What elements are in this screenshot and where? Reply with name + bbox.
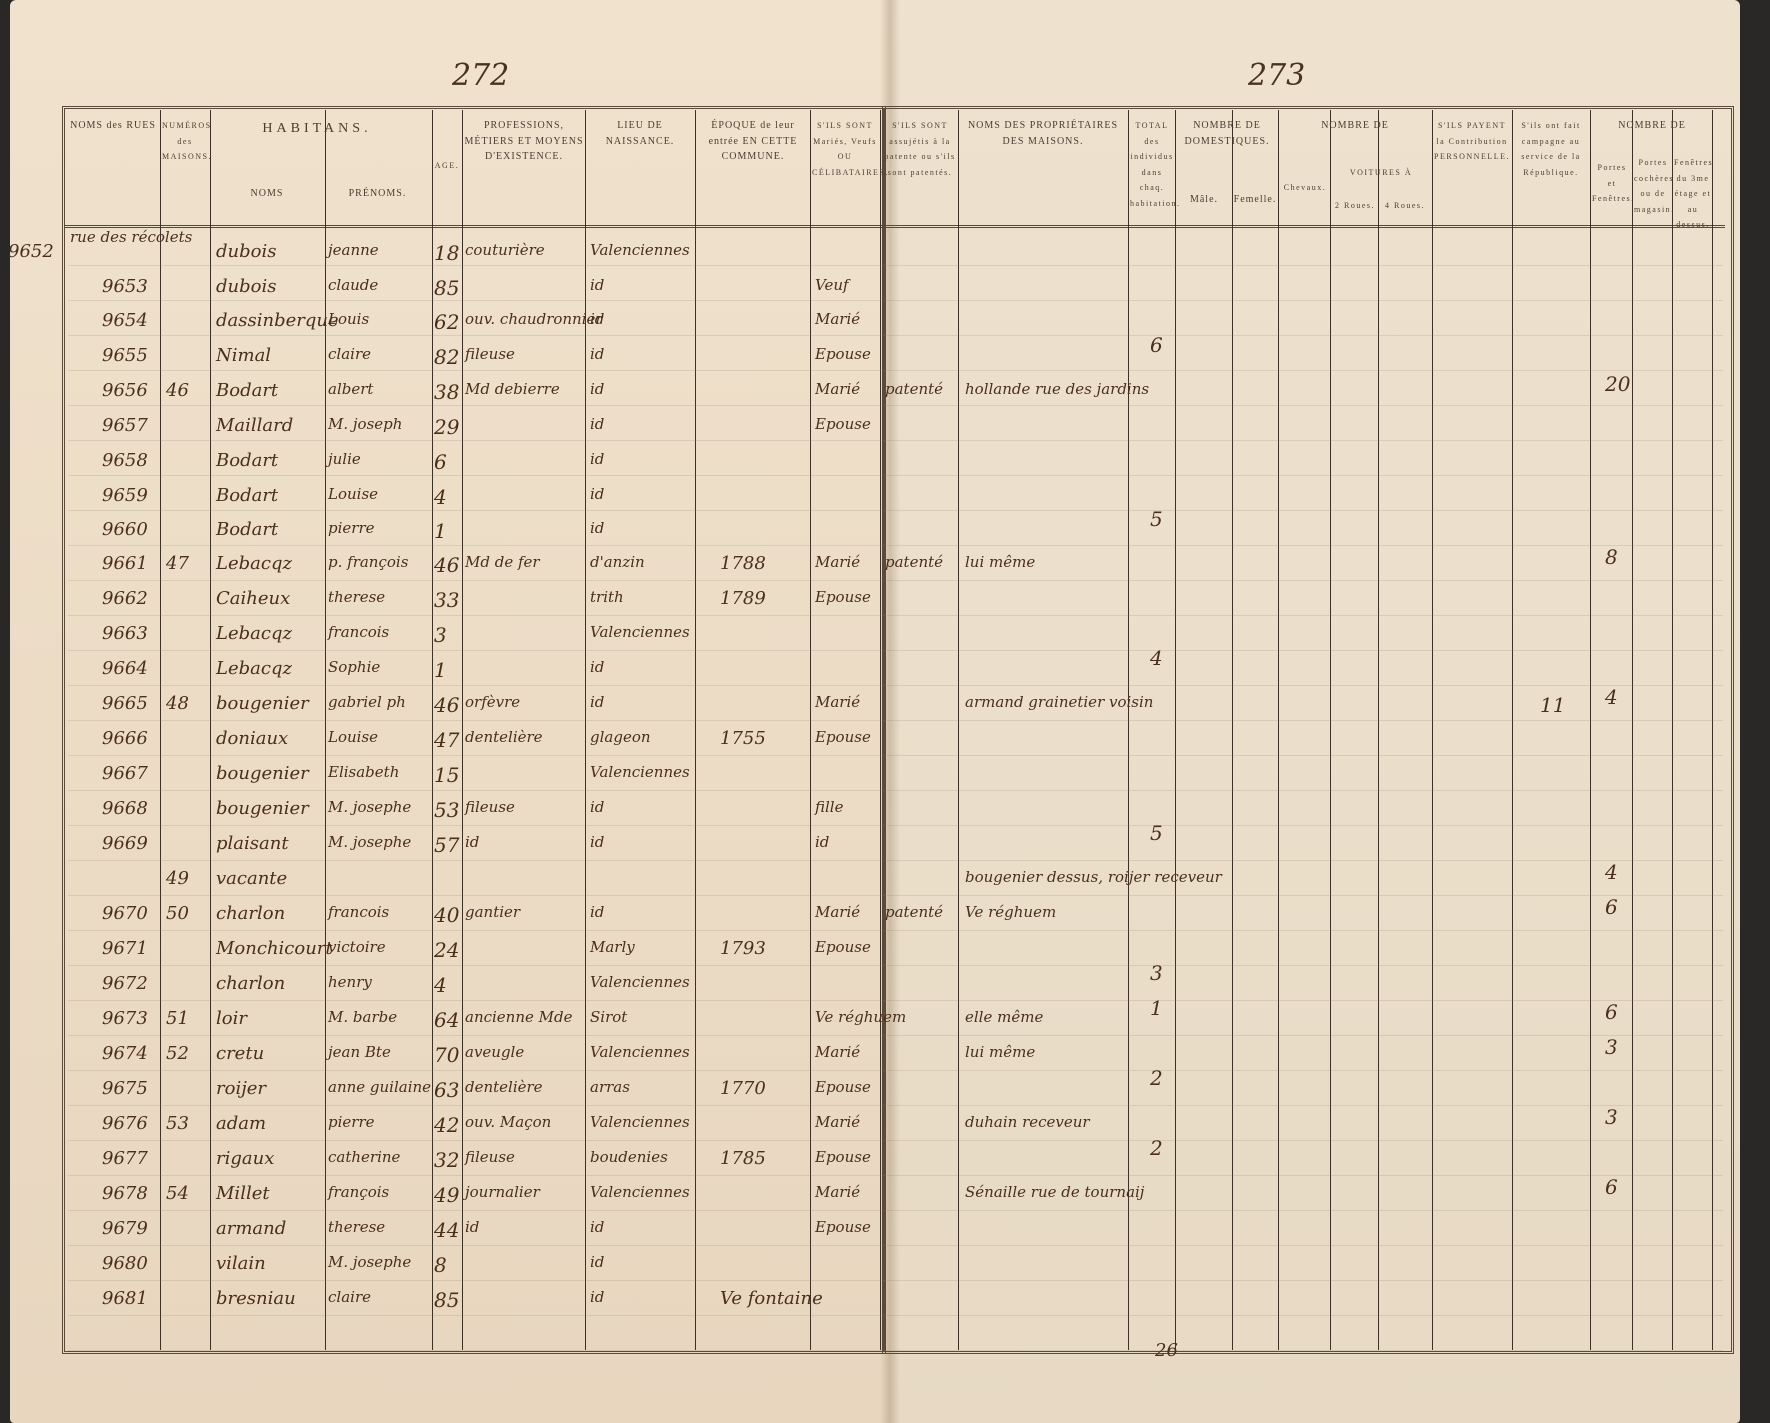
house-number: 53 (166, 1115, 189, 1133)
header-professions: PROFESSIONS, MÉTIERS ET MOYENS D'EXISTEN… (464, 118, 584, 165)
row-number: 9671 (102, 940, 148, 958)
profession: ouv. Maçon (465, 1115, 551, 1130)
ruled-line (68, 1350, 1723, 1351)
surname: dubois (216, 278, 276, 296)
doors-windows: 6 (1605, 1177, 1618, 1197)
column-divider (1432, 110, 1433, 1350)
row-number: 9654 (102, 312, 148, 330)
age: 53 (434, 800, 459, 820)
column-divider (325, 110, 326, 1350)
house-owner: armand grainetier voisin (965, 695, 1153, 710)
profession: Md de fer (465, 555, 540, 570)
row-number: 9656 (102, 382, 148, 400)
patente-status: patenté (885, 382, 943, 397)
profession: aveugle (465, 1045, 524, 1060)
household-total: 4 (1150, 648, 1163, 668)
first-name: françois (328, 1185, 389, 1200)
surname: Maillard (216, 417, 293, 435)
doors-windows: 4 (1605, 862, 1618, 882)
profession: Md debierre (465, 382, 560, 397)
household-total: 6 (1150, 335, 1163, 355)
age: 18 (434, 243, 459, 263)
birthplace: Valenciennes (590, 1185, 690, 1200)
column-divider (1590, 110, 1591, 1350)
birthplace: Marly (590, 940, 635, 955)
header-campagne-text: S'ils ont fait campagne au service de la… (1521, 121, 1580, 177)
house-number: 52 (166, 1045, 189, 1063)
surname: Monchicourt (216, 940, 333, 958)
first-name: claire (328, 347, 371, 362)
campaign-mark: 11 (1540, 695, 1565, 715)
row-number: 9677 (102, 1150, 148, 1168)
first-name: jean Bte (328, 1045, 391, 1060)
header-deux-roues-text: 2 Roues. (1335, 201, 1375, 210)
ruled-line (68, 615, 1723, 616)
column-divider (585, 110, 586, 1350)
age: 63 (434, 1080, 459, 1100)
header-lieu: LIEU DE NAISSANCE. (587, 118, 693, 149)
first-name: Elisabeth (328, 765, 399, 780)
header-habitans: HABITANS. (212, 118, 422, 140)
ruled-line (68, 930, 1723, 931)
birthplace: id (590, 1255, 604, 1270)
marital-status: id (815, 835, 829, 850)
age: 29 (434, 417, 459, 437)
marital-status: Marié (815, 695, 860, 710)
birthplace: id (590, 521, 604, 536)
house-owner: bougenier dessus, roijer receveur (965, 870, 1222, 885)
header-noms: NOMS (212, 186, 322, 202)
first-name: Louis (328, 312, 369, 327)
surname: bougenier (216, 800, 309, 818)
age: 64 (434, 1010, 459, 1030)
header-prenoms: PRÉNOMS. (325, 186, 430, 202)
surname: Caiheux (216, 590, 290, 608)
age: 8 (434, 1255, 447, 1275)
row-number: 9681 (102, 1290, 148, 1308)
ruled-line (68, 1035, 1723, 1036)
first-name: henry (328, 975, 372, 990)
doors-windows: 8 (1605, 547, 1618, 567)
birthplace: id (590, 1290, 604, 1305)
surname: doniaux (216, 730, 288, 748)
age: 3 (434, 625, 447, 645)
first-name: catherine (328, 1150, 400, 1165)
birthplace: boudenies (590, 1150, 668, 1165)
profession: gantier (465, 905, 520, 920)
header-lieu-text: LIEU DE NAISSANCE. (606, 120, 675, 147)
profession: ouv. chaudronnier (465, 312, 603, 327)
row-number: 9668 (102, 800, 148, 818)
profession: dentelière (465, 1080, 543, 1095)
household-total: 3 (1150, 963, 1163, 983)
age: 82 (434, 347, 459, 367)
birthplace: Sirot (590, 1010, 627, 1025)
birthplace: glageon (590, 730, 651, 745)
surname: Bodart (216, 487, 278, 505)
ruled-line (68, 860, 1723, 861)
age: 32 (434, 1150, 459, 1170)
house-owner: lui même (965, 1045, 1035, 1060)
patente-status: patenté (885, 905, 943, 920)
column-divider (1128, 110, 1129, 1350)
header-age-text: AGE. (435, 161, 459, 170)
age: 6 (434, 452, 447, 472)
age: 38 (434, 382, 459, 402)
page-total: 26 (1155, 1342, 1178, 1360)
row-number: 9665 (102, 695, 148, 713)
ruled-line (68, 405, 1723, 406)
house-number: 51 (166, 1010, 189, 1028)
birthplace: id (590, 660, 604, 675)
age: 44 (434, 1220, 459, 1240)
ruled-line (68, 755, 1723, 756)
first-name: M. barbe (328, 1010, 397, 1025)
marital-status: Marié (815, 905, 860, 920)
ruled-line (68, 580, 1723, 581)
column-divider (810, 110, 811, 1350)
header-deux-roues: 2 Roues. (1332, 198, 1378, 214)
row-number: 9664 (102, 660, 148, 678)
header-contribution: S'ILS PAYENT la Contribution PERSONNELLE… (1434, 118, 1510, 165)
first-name: pierre (328, 521, 375, 536)
header-chevaux-text: Chevaux. (1284, 183, 1326, 192)
household-total: 1 (1150, 998, 1163, 1018)
age: 42 (434, 1115, 459, 1135)
first-name: julie (328, 452, 361, 467)
ruled-line (68, 300, 1723, 301)
birthplace: Valenciennes (590, 975, 690, 990)
marital-status: Ve réghuem (815, 1010, 906, 1025)
arrival-year: Ve fontaine (720, 1290, 823, 1308)
house-owner: Sénaille rue de tournaij (965, 1185, 1144, 1200)
ruled-line (68, 650, 1723, 651)
left-folio: 272 (452, 58, 509, 93)
ruled-line (68, 510, 1723, 511)
column-divider (1632, 110, 1633, 1350)
header-patente: S'ILS SONT assujétis à la patente ou s'i… (884, 118, 956, 180)
column-divider (958, 110, 959, 1350)
household-total: 2 (1150, 1138, 1163, 1158)
header-noms-text: NOMS (251, 188, 284, 199)
first-name: jeanne (328, 243, 379, 258)
arrival-year: 1755 (720, 730, 766, 748)
first-name: p. françois (328, 555, 408, 570)
row-number: 9658 (102, 452, 148, 470)
first-name: victoire (328, 940, 386, 955)
marital-status: Epouse (815, 347, 871, 362)
household-total: 5 (1150, 823, 1163, 843)
column-divider (1278, 110, 1279, 1350)
surname: loir (216, 1010, 247, 1028)
birthplace: id (590, 312, 604, 327)
column-divider (880, 110, 881, 1350)
ruled-line (68, 1105, 1723, 1106)
household-total: 5 (1150, 509, 1163, 529)
surname: bresniau (216, 1290, 296, 1308)
age: 62 (434, 312, 459, 332)
ruled-line (68, 370, 1723, 371)
profession: dentelière (465, 730, 543, 745)
row-number: 9676 (102, 1115, 148, 1133)
row-number: 9666 (102, 730, 148, 748)
column-divider (1232, 110, 1233, 1350)
birthplace: id (590, 347, 604, 362)
row-number: 9663 (102, 625, 148, 643)
marital-status: Epouse (815, 940, 871, 955)
marital-status: Epouse (815, 1080, 871, 1095)
birthplace: id (590, 835, 604, 850)
marital-status: Epouse (815, 417, 871, 432)
profession: journalier (465, 1185, 540, 1200)
profession: id (465, 1220, 479, 1235)
header-quatre-roues: 4 Roues. (1380, 198, 1430, 214)
birthplace: id (590, 417, 604, 432)
first-name: Louise (328, 487, 378, 502)
first-name: M. josephe (328, 835, 411, 850)
ruled-line (68, 1070, 1723, 1071)
ruled-line (68, 335, 1723, 336)
row-number: 9674 (102, 1045, 148, 1063)
header-habitans-text: HABITANS. (262, 121, 371, 136)
age: 49 (434, 1185, 459, 1205)
age: 70 (434, 1045, 459, 1065)
marital-status: fille (815, 800, 843, 815)
surname: vilain (216, 1255, 266, 1273)
surname: Bodart (216, 382, 278, 400)
marital-status: Marié (815, 312, 860, 327)
birthplace: id (590, 800, 604, 815)
age: 57 (434, 835, 459, 855)
row-number: 9660 (102, 521, 148, 539)
column-divider (695, 110, 696, 1350)
house-owner: duhain receveur (965, 1115, 1090, 1130)
ruled-line (68, 1000, 1723, 1001)
row-number: 9661 (102, 555, 148, 573)
ruled-line (68, 965, 1723, 966)
column-divider (462, 110, 463, 1350)
age: 46 (434, 695, 459, 715)
row-number: 9659 (102, 487, 148, 505)
header-rues-text: NOMS des RUES (70, 120, 156, 131)
row-number: 9673 (102, 1010, 148, 1028)
doors-windows: 3 (1605, 1037, 1618, 1057)
ruled-line (68, 1140, 1723, 1141)
birthplace: id (590, 905, 604, 920)
header-maisons: NUMÉROS des MAISONS. (162, 118, 208, 165)
header-epoque-text: ÉPOQUE de leur entrée EN CETTE COMMUNE. (709, 120, 798, 162)
arrival-year: 1793 (720, 940, 766, 958)
row-number: 9679 (102, 1220, 148, 1238)
header-portes: Portes et Fenêtres. (1592, 160, 1632, 207)
surname: dassinberque (216, 312, 339, 330)
birthplace: id (590, 278, 604, 293)
birthplace: Valenciennes (590, 1045, 690, 1060)
surname: Lebacqz (216, 555, 292, 573)
header-contribution-text: S'ILS PAYENT la Contribution PERSONNELLE… (1434, 121, 1510, 161)
right-table-frame (882, 106, 1734, 1354)
ruled-line (68, 720, 1723, 721)
doors-windows: 4 (1605, 687, 1618, 707)
age: 85 (434, 278, 459, 298)
header-domestiques-text: NOMBRE DE DOMESTIQUES. (1184, 120, 1269, 147)
surname: dubois (216, 243, 276, 261)
household-total: 2 (1150, 1068, 1163, 1088)
ruled-line (68, 475, 1723, 476)
header-nombre-de: NOMBRE DE (1280, 118, 1430, 134)
arrival-year: 1789 (720, 590, 766, 608)
marital-status: Marié (815, 382, 860, 397)
row-number: 9653 (102, 278, 148, 296)
profession: couturière (465, 243, 545, 258)
house-owner: elle même (965, 1010, 1043, 1025)
profession: orfèvre (465, 695, 520, 710)
first-name: claire (328, 1290, 371, 1305)
arrival-year: 1788 (720, 555, 766, 573)
first-name: M. josephe (328, 1255, 411, 1270)
surname: bougenier (216, 695, 309, 713)
row-number: 9662 (102, 590, 148, 608)
header-rues: NOMS des RUES (68, 118, 158, 134)
first-name: albert (328, 382, 373, 397)
street-name: rue des récolets (70, 230, 192, 245)
row-number: 9680 (102, 1255, 148, 1273)
header-total: TOTAL des individus dans chaq. habitatio… (1130, 118, 1174, 211)
header-chevaux: Chevaux. (1280, 180, 1330, 196)
first-name: anne guilaine (328, 1080, 431, 1095)
first-name: Sophie (328, 660, 380, 675)
age: 46 (434, 555, 459, 575)
header-epoque: ÉPOQUE de leur entrée EN CETTE COMMUNE. (697, 118, 809, 165)
surname: roijer (216, 1080, 266, 1098)
age: 4 (434, 975, 447, 995)
surname: Lebacqz (216, 625, 292, 643)
surname: armand (216, 1220, 286, 1238)
age: 85 (434, 1290, 459, 1310)
column-divider (210, 110, 211, 1350)
marital-status: Veuf (815, 278, 849, 293)
column-divider (1330, 110, 1331, 1350)
surname: bougenier (216, 765, 309, 783)
header-portes-text: Portes et Fenêtres. (1592, 163, 1635, 203)
ruled-line (68, 895, 1723, 896)
surname: charlon (216, 975, 285, 993)
first-name: francois (328, 625, 389, 640)
surname: adam (216, 1115, 266, 1133)
surname: rigaux (216, 1150, 274, 1168)
header-femelle: Femelle. (1233, 192, 1277, 208)
surname: cretu (216, 1045, 264, 1063)
column-divider (1712, 110, 1713, 1350)
profession: fileuse (465, 800, 515, 815)
header-fenetres: Fenêtres du 3me étage et au dessus. (1674, 155, 1712, 233)
row-number: 9657 (102, 417, 148, 435)
header-age: AGE. (433, 158, 461, 174)
surname: charlon (216, 905, 285, 923)
row-number: 9672 (102, 975, 148, 993)
house-number: 48 (166, 695, 189, 713)
header-campagne: S'ils ont fait campagne au service de la… (1514, 118, 1588, 180)
header-cocheres-text: Portes cochères ou de magasin. (1634, 158, 1675, 214)
doors-windows: 6 (1605, 897, 1618, 917)
house-number: 46 (166, 382, 189, 400)
row-number: 9667 (102, 765, 148, 783)
marital-status: Marié (815, 555, 860, 570)
header-domestiques: NOMBRE DE DOMESTIQUES. (1177, 118, 1277, 149)
ruled-line (68, 790, 1723, 791)
patente-status: patenté (885, 555, 943, 570)
row-number: 9678 (102, 1185, 148, 1203)
surname: vacante (216, 870, 287, 888)
birthplace: d'anzin (590, 555, 645, 570)
surname: Bodart (216, 452, 278, 470)
header-quatre-roues-text: 4 Roues. (1385, 201, 1425, 210)
birthplace: arras (590, 1080, 630, 1095)
marital-status: Epouse (815, 590, 871, 605)
age: 1 (434, 660, 447, 680)
marital-status: Epouse (815, 1220, 871, 1235)
house-number: 50 (166, 905, 189, 923)
first-name: gabriel ph (328, 695, 406, 710)
header-nombre-de-2: NOMBRE DE (1592, 118, 1712, 134)
marital-status: Marié (815, 1045, 860, 1060)
first-name: M. josephe (328, 800, 411, 815)
doors-windows: 6 (1605, 1002, 1618, 1022)
house-owner: Ve réghuem (965, 905, 1056, 920)
row-number: 9655 (102, 347, 148, 365)
header-male-text: Mâle. (1190, 194, 1218, 205)
column-divider (160, 110, 161, 1350)
row-number: 9675 (102, 1080, 148, 1098)
surname: Millet (216, 1185, 270, 1203)
header-maisons-text: NUMÉROS des MAISONS. (162, 121, 212, 161)
header-voitures-text: VOITURES À (1350, 168, 1412, 177)
house-number: 49 (166, 870, 189, 888)
age: 4 (434, 487, 447, 507)
profession: id (465, 835, 479, 850)
first-name: francois (328, 905, 389, 920)
header-professions-text: PROFESSIONS, MÉTIERS ET MOYENS D'EXISTEN… (464, 120, 583, 162)
ruled-line (68, 685, 1723, 686)
birthplace: id (590, 382, 604, 397)
age: 15 (434, 765, 459, 785)
profession: ancienne Mde (465, 1010, 572, 1025)
header-etat-text: S'ILS SONT Mariés, Veufs OU CÉLIBATAIRES… (812, 121, 889, 177)
surname: plaisant (216, 835, 289, 853)
ruled-line (68, 1245, 1723, 1246)
header-etat: S'ILS SONT Mariés, Veufs OU CÉLIBATAIRES… (812, 118, 878, 180)
age: 1 (434, 521, 447, 541)
first-name: therese (328, 590, 385, 605)
age: 47 (434, 730, 459, 750)
header-proprietaires-text: NOMS DES PROPRIÉTAIRES DES MAISONS. (968, 120, 1118, 147)
arrival-year: 1770 (720, 1080, 766, 1098)
marital-status: Marié (815, 1115, 860, 1130)
age: 33 (434, 590, 459, 610)
ruled-line (68, 1175, 1723, 1176)
ruled-line (68, 440, 1723, 441)
marital-status: Marié (815, 1185, 860, 1200)
birthplace: Valenciennes (590, 243, 690, 258)
first-name: claude (328, 278, 378, 293)
surname: Nimal (216, 347, 271, 365)
birthplace: Valenciennes (590, 1115, 690, 1130)
ruled-line (68, 1315, 1723, 1316)
column-divider (1378, 110, 1379, 1350)
header-nombre-de-text: NOMBRE DE (1321, 120, 1389, 131)
birthplace: id (590, 695, 604, 710)
first-name: M. joseph (328, 417, 402, 432)
